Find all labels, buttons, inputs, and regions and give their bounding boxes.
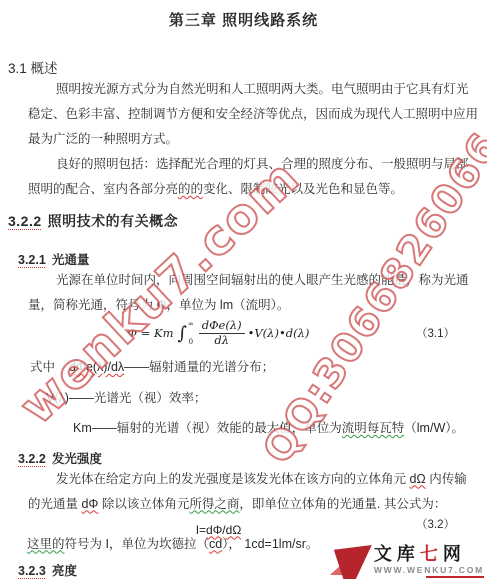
text-run: 符号为 I，单位为坎德拉（ [65, 537, 209, 551]
section-title: 光通量 [52, 253, 90, 267]
section-number: 3.2.1 [18, 253, 46, 267]
spellcheck-red-run: 的的 [178, 182, 203, 196]
spellcheck-red-run: dΦ [81, 497, 98, 511]
formula-term-line-2: V(λ)——光谱光（视）效率； [46, 386, 479, 412]
text-run: ——辐射通量的光谱分布； [124, 360, 274, 374]
section-number: 3.2.2 [8, 213, 42, 229]
integral-limits: ∞ 0 [188, 320, 194, 346]
section-number: 3.2.2 [18, 452, 46, 466]
text-run: ——辐射的光谱（视）效能的最大值，单位为 [92, 421, 342, 435]
integral-lower-limit: 0 [188, 338, 194, 346]
wenku7-logo[interactable]: 文库七网 WWW.WENKU7.COM [330, 544, 484, 580]
chapter-title: 第三章 照明线路系统 [0, 0, 487, 30]
logo-text: 文库七网 WWW.WENKU7.COM [374, 544, 484, 576]
formula-expression: I=dΦ/dΩ [196, 513, 242, 547]
equation-number: （3.2） [416, 516, 455, 532]
section-number: 3.2.3 [18, 564, 46, 578]
seven-logo-icon [330, 544, 372, 580]
text-run: 发光体在给定方向上的发光强度是该发光体在该方向的立体角元 [56, 472, 409, 486]
section-title: 照明技术的有关概念 [48, 213, 179, 229]
formula-lhs: Φ = Km [128, 326, 174, 340]
spellcheck-green-run: 所得之商 [189, 497, 239, 511]
section-number: 3.1 [8, 61, 27, 76]
text-run: （lm/W）。 [404, 421, 464, 435]
integral-upper-limit: ∞ [188, 320, 194, 328]
equation-number: （3.1） [416, 325, 455, 341]
fraction: dΦe(λ) dλ [199, 319, 245, 346]
fraction-denominator: dλ [199, 334, 245, 347]
text-run: Km [73, 421, 92, 435]
subsection-heading-luminous-intensity: 3.2.2发光强度 [18, 449, 487, 467]
text-run: I= [196, 523, 206, 537]
integral-icon: ∫ [178, 323, 187, 344]
text-run: 变化、限制眩光以及光色和显色等。 [203, 182, 403, 196]
formula-3-2: I=dΦ/dΩ （3.2） [28, 513, 479, 535]
section-title: 亮度 [52, 564, 77, 578]
formula-term-line-3: Km——辐射的光谱（视）效能的最大值，单位为流明每瓦特（lm/W）。 [73, 416, 479, 442]
paragraph-overview-1: 照明按光源方式分为自然光明和人工照明两大类。电气照明由于它具有灯光稳定、色彩丰富… [28, 77, 479, 152]
text-run: 除以该立体角元 [98, 497, 189, 511]
paragraph-luminous-intensity: 发光体在给定方向上的发光强度是该发光体在该方向的立体角元 dΩ 内传输的光通量 … [28, 467, 479, 517]
section-heading-3-1: 3.1 概述 [8, 57, 487, 77]
text-run: 式中 [30, 360, 55, 374]
spellcheck-red-run: dΩ [226, 523, 242, 537]
spellcheck-green-run: 流明每瓦特 [342, 421, 405, 435]
text-run: ——光谱光（视）效率； [69, 391, 207, 405]
spellcheck-red-run: dΩ [409, 472, 425, 486]
logo-url: WWW.WENKU7.COM [374, 564, 484, 576]
formula-term-line-1: 式中dΦe(λ)/dλ——辐射通量的光谱分布； [30, 355, 479, 381]
document-page: 第三章 照明线路系统 3.1 概述 照明按光源方式分为自然光明和人工照明两大类。… [0, 0, 487, 583]
section-title: 概述 [31, 61, 58, 76]
spellcheck-red-run: dΦ [206, 523, 222, 537]
subsection-heading-luminous-flux: 3.2.1光通量 [18, 250, 487, 268]
fraction-numerator: dΦe(λ) [199, 319, 245, 333]
logo-site-name: 文库七网 [374, 544, 484, 564]
formula-rhs: •V(λ)•d(λ) [248, 326, 310, 340]
section-heading-concepts: 3.2.2照明技术的有关概念 [8, 211, 487, 231]
section-title: 发光强度 [52, 452, 102, 466]
text-run: 文库 [374, 544, 420, 564]
text-run: V(λ) [46, 391, 69, 405]
text-run: ，即单位立体角的光通量. 其公式为： [239, 497, 446, 511]
logo-seven-char: 七 [420, 544, 443, 564]
text-run: 网 [443, 544, 466, 564]
paragraph-luminous-flux: 光源在单位时间内，向周围空间辐射出的使人眼产生光感的能量，称为光通量，简称光通，… [28, 268, 479, 318]
paragraph-overview-2: 良好的照明包括：选择配光合理的灯具、合理的照度分布、一般照明与局部照明的配合、室… [28, 152, 479, 202]
formula-3-1: Φ = Km ∫ ∞ 0 dΦe(λ) dλ •V(λ)•d(λ) （3.1） [28, 316, 479, 350]
formula-expression: Φ = Km ∫ ∞ 0 dΦe(λ) dλ •V(λ)•d(λ) [128, 316, 310, 350]
spellcheck-green-run: 这里的 [27, 537, 65, 551]
spellcheck-red-run: dΦe(λ)/dλ [69, 360, 124, 374]
